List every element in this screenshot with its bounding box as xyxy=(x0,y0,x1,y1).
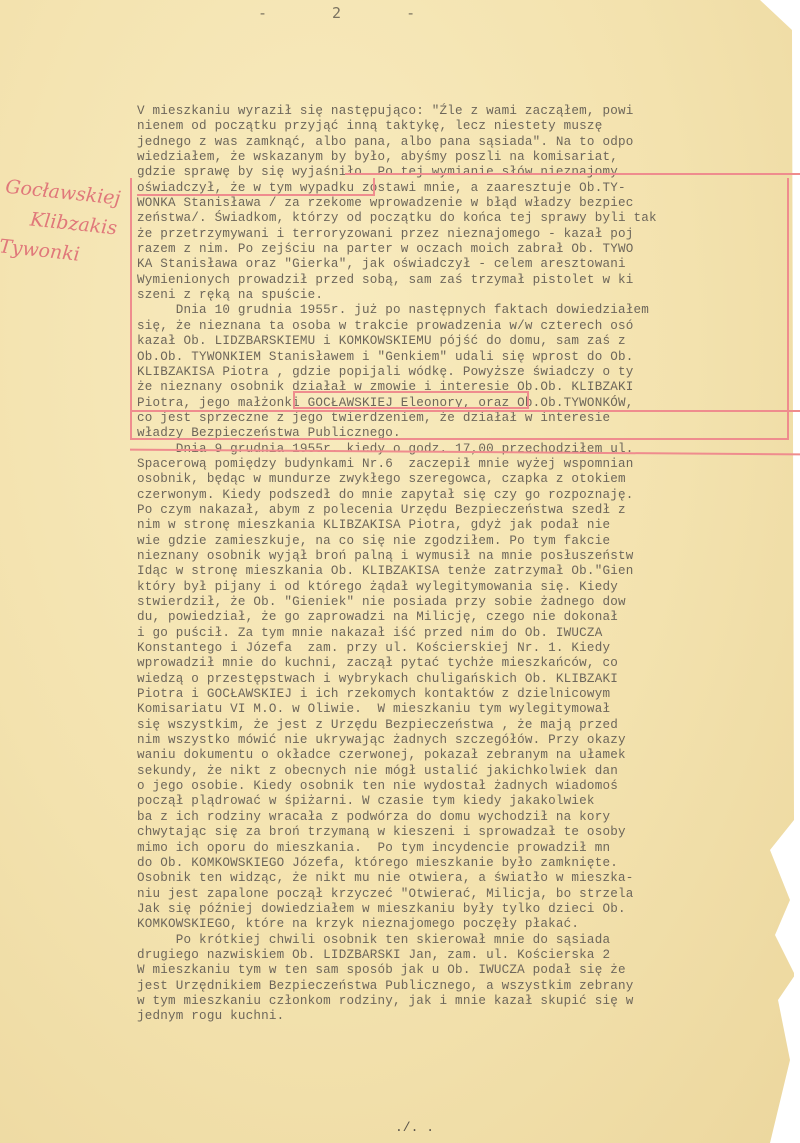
continuation-mark: ./. . xyxy=(395,1120,434,1135)
text-line: Idąc w stronę mieszkania Ob. KLIBZAKISA … xyxy=(137,564,797,579)
text-line: KOMKOWSKIEGO, które na krzyk nieznajomeg… xyxy=(137,917,797,932)
red-line-under-piotra xyxy=(130,410,800,412)
text-line: W mieszkaniu tym w ten sam sposób jak u … xyxy=(137,963,797,978)
text-line: o jego osobie. Kiedy osobnik ten nie wyd… xyxy=(137,779,797,794)
text-line: sekundy, że nikt z obecnych nie mógł ust… xyxy=(137,764,797,779)
text-line: i go puścił. Za tym mnie nakazał iść prz… xyxy=(137,626,797,641)
text-line: Po krótkiej chwili osobnik ten skierował… xyxy=(137,933,797,948)
text-line: V mieszkaniu wyraził się następująco: "Ź… xyxy=(137,104,797,119)
text-line: wie gdzie zamieszkuje, na co się nie zgo… xyxy=(137,534,797,549)
text-line: du, powiedział, że go zaprowadzi na Mili… xyxy=(137,610,797,625)
text-line: stwierdził, że Ob. "Gieniek" nie posiada… xyxy=(137,595,797,610)
text-line: który był pijany i od którego żądał wyle… xyxy=(137,580,797,595)
page-number: - 2 - xyxy=(258,4,368,22)
text-line: drugiego nazwiskiem Ob. LIDZBARSKI Jan, … xyxy=(137,948,797,963)
text-line: wprowadził mnie do kuchni, zaczął pytać … xyxy=(137,656,797,671)
text-line: wiedziałem, że wskazanym by było, abyśmy… xyxy=(137,150,797,165)
text-line: ba z ich rodziny wracała z podwórza do d… xyxy=(137,810,797,825)
text-line: jest Urzędnikiem Bezpieczeństwa Publiczn… xyxy=(137,979,797,994)
text-line: chwytając się za broń trzymaną w kieszen… xyxy=(137,825,797,840)
text-line: się wszystkim, że jest z Urzędu Bezpiecz… xyxy=(137,718,797,733)
text-line: jednego z was zamknąć, albo pana, albo p… xyxy=(137,135,797,150)
handwritten-margin-annotation: Gocławskiej Klibzakis Tywonki xyxy=(0,172,131,275)
text-line: w tym mieszkaniu członkom rodziny, jak i… xyxy=(137,994,797,1009)
red-underline-komisariat xyxy=(345,173,800,175)
text-line: wiedzą o przestępstwach i wybrykach chul… xyxy=(137,672,797,687)
text-line: osobnik, będąc w mundurze zwykłego szere… xyxy=(137,472,797,487)
text-line: waniu dokumentu o okładce czerwonej, pok… xyxy=(137,748,797,763)
text-line: nienem od początku przyjąć inną taktykę,… xyxy=(137,119,797,134)
text-line: nieznany osobnik wyjął broń palną i wymu… xyxy=(137,549,797,564)
text-line: Spacerową pomiędzy budynkami Nr.6 zaczep… xyxy=(137,457,797,472)
text-line: Konstantego i Józefa zam. przy ul. Kości… xyxy=(137,641,797,656)
red-box-top-segment xyxy=(373,178,375,196)
text-line: Jak się później dowiedziałem w mieszkani… xyxy=(137,902,797,917)
text-line: Piotra i GOCŁAWSKIEJ i ich rzekomych kon… xyxy=(137,687,797,702)
text-line: nim wszystko mówić nie ukrywając żadnych… xyxy=(137,733,797,748)
text-line: mimo ich oporu do mieszkania. Po tym inc… xyxy=(137,841,797,856)
text-line: nim w stronę mieszkania KLIBZAKISA Piotr… xyxy=(137,518,797,533)
text-line: Po czym nakazał, abym z polecenia Urzędu… xyxy=(137,503,797,518)
text-line: niu jest zapalone począł krzyczeć "Otwie… xyxy=(137,887,797,902)
text-line: Osobnik ten widząc, że nikt mu nie otwie… xyxy=(137,871,797,886)
red-box-gdzie-popijali-wodke xyxy=(293,391,529,409)
text-line: Komisariatu VI M.O. w Oliwie. W mieszkan… xyxy=(137,702,797,717)
text-line: jednym rogu kuchni. xyxy=(137,1009,797,1024)
text-line: czerwonym. Kiedy podszedł do mnie zapyta… xyxy=(137,488,797,503)
text-line: do Ob. KOMKOWSKIEGO Józefa, którego mies… xyxy=(137,856,797,871)
text-line: począł plądrować w śpiżarni. W czasie ty… xyxy=(137,794,797,809)
